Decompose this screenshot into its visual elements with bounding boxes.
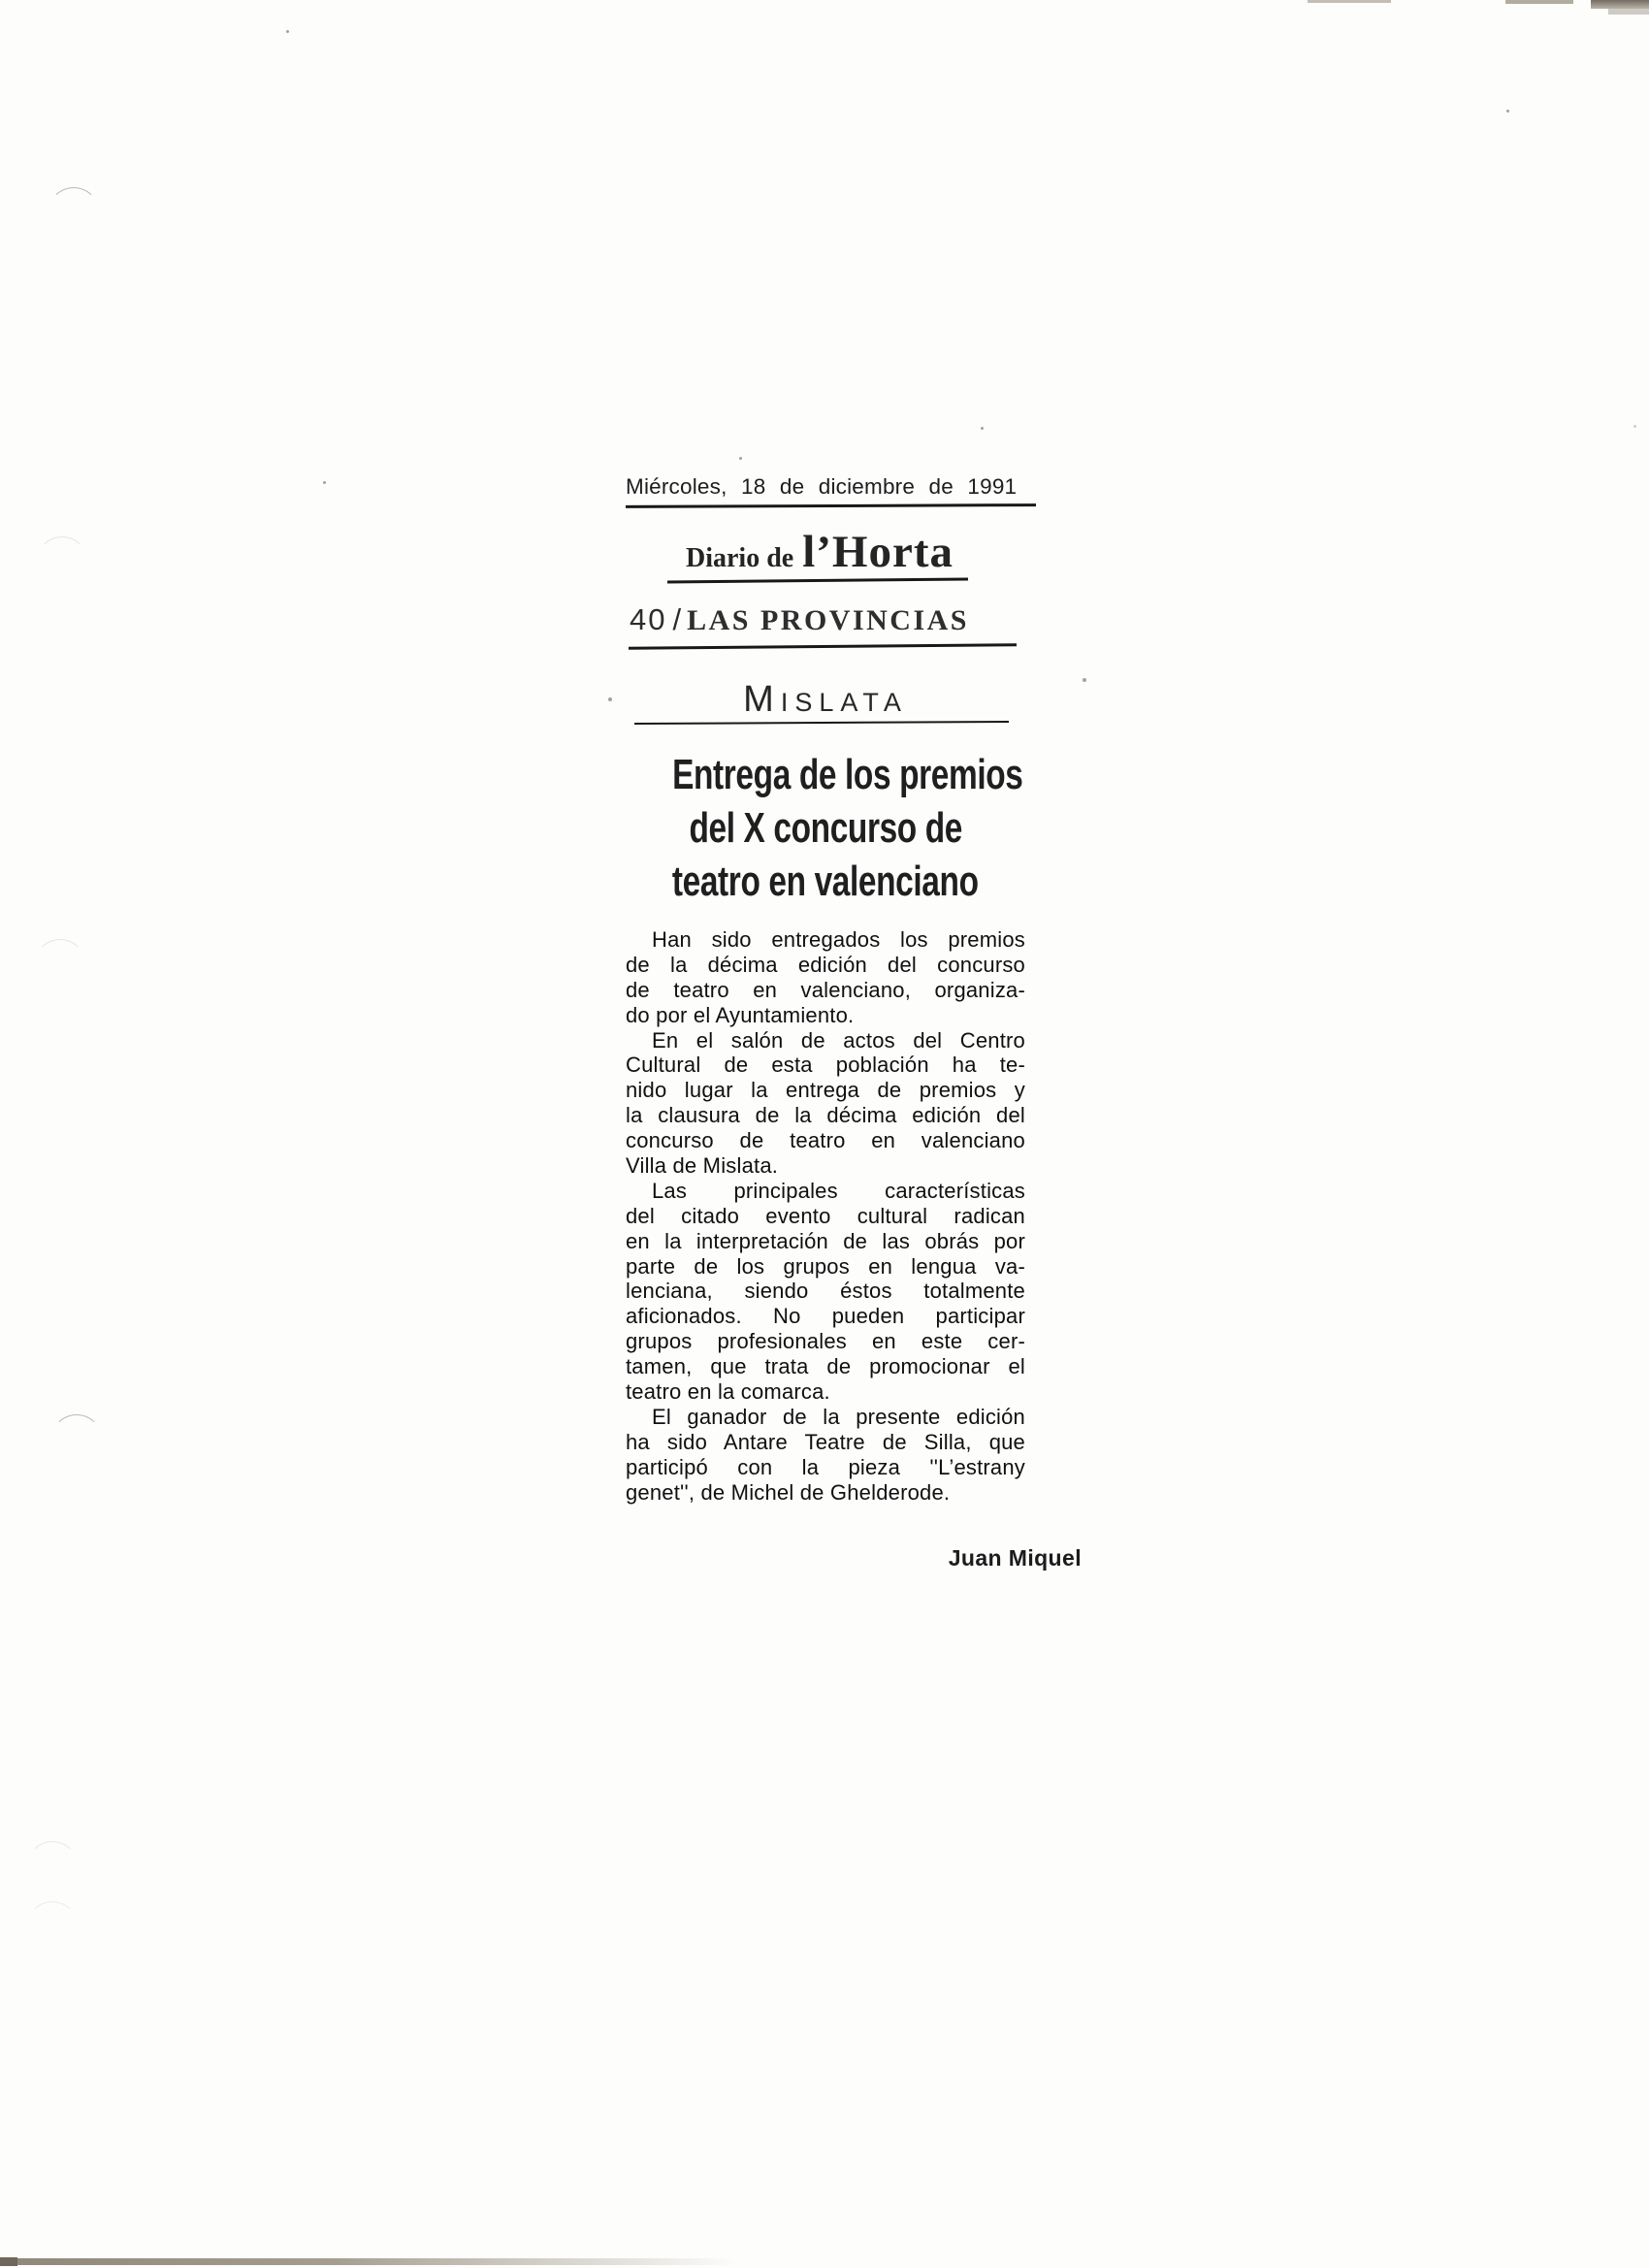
page-number-line: 40/LAS PROVINCIAS <box>630 601 1037 639</box>
scan-speck <box>1506 110 1509 113</box>
body-line: en la interpretación de las obrás por <box>626 1229 1025 1254</box>
body-line: participó con la pieza ''L’estrany <box>626 1455 1025 1480</box>
body-line: parte de los grupos en lengua va- <box>626 1254 1025 1280</box>
scan-speck <box>981 427 984 430</box>
binder-ring-artifact <box>27 1901 78 1950</box>
scan-edge-artifact-top <box>1505 0 1573 4</box>
body-line: ha sido Antare Teatre de Silla, que <box>626 1430 1025 1455</box>
body-line: tamen, que trata de promocionar el <box>626 1354 1025 1379</box>
body-line: aficionados. No pueden participar <box>626 1304 1025 1329</box>
newspaper-name: LAS PROVINCIAS <box>687 604 969 636</box>
scan-speck <box>1083 678 1086 682</box>
body-line: concurso de teatro en valenciano <box>626 1128 1025 1153</box>
scan-edge-artifact-bottom <box>0 2258 737 2265</box>
headline-line-3: teatro en valenciano <box>617 855 1034 908</box>
binder-ring-artifact <box>48 187 99 236</box>
article-headline: Entrega de los premios del X concurso de… <box>617 748 1034 908</box>
binder-ring-artifact <box>51 1414 102 1463</box>
body-line: grupos profesionales en este cer- <box>626 1329 1025 1354</box>
scan-edge-artifact-corner <box>1591 0 1649 9</box>
scan-speck <box>286 30 289 33</box>
body-line: Las principales características <box>626 1179 1025 1204</box>
page-number: 40 <box>630 602 666 636</box>
binder-ring-artifact <box>37 536 87 585</box>
headline-text: del X concurso de <box>689 801 962 855</box>
article-body: Han sido entregados los premios de la dé… <box>626 927 1025 1505</box>
body-line: lenciana, siendo éstos totalmente <box>626 1279 1025 1304</box>
scan-page: Miércoles, 18 de diciembre de 1991 Diari… <box>0 0 1649 2268</box>
binder-ring-artifact <box>27 1841 78 1890</box>
binder-ring-artifact <box>35 939 85 988</box>
body-line: El ganador de la presente edición <box>626 1405 1025 1430</box>
body-line: Cultural de esta población ha te- <box>626 1053 1025 1078</box>
body-line: En el salón de actos del Centro <box>626 1028 1025 1053</box>
body-line: la clausura de la décima edición del <box>626 1103 1025 1128</box>
headline-text: teatro en valenciano <box>672 855 979 908</box>
scan-edge-artifact-bottom <box>0 2257 17 2266</box>
body-line: nido lugar la entrega de premios y <box>626 1078 1025 1103</box>
slash-separator: / <box>672 602 681 636</box>
body-line: teatro en la comarca. <box>626 1379 1025 1405</box>
article-byline: Juan Miquel <box>626 1545 1082 1571</box>
body-line: Villa de Mislata. <box>626 1153 1025 1179</box>
pageline-rule <box>629 643 1017 649</box>
body-line: genet'', de Michel de Ghelderode. <box>626 1480 1025 1506</box>
body-line: Han sido entregados los premios <box>626 927 1025 953</box>
date-line: Miércoles, 18 de diciembre de 1991 <box>626 473 1043 501</box>
masthead: Diario del’Horta <box>626 527 1014 584</box>
section-header: MISLATA <box>626 679 1025 723</box>
scan-speck <box>739 457 742 460</box>
body-line: del citado evento cultural radican <box>626 1204 1025 1229</box>
masthead-prefix: Diario de <box>686 543 793 573</box>
headline-line-1: Entrega de los premios <box>617 748 1034 801</box>
headline-text: Entrega de los premios <box>672 748 1022 801</box>
scan-speck <box>1633 425 1636 428</box>
scan-speck <box>323 481 326 484</box>
date-rule <box>626 503 1036 507</box>
scan-edge-artifact-top <box>1308 0 1391 3</box>
scan-edge-artifact-corner <box>1608 9 1649 15</box>
body-line: de teatro en valenciano, organiza- <box>626 978 1025 1003</box>
body-line: de la décima edición del concurso <box>626 953 1025 978</box>
headline-line-2: del X concurso de <box>617 801 1034 855</box>
body-line: do por el Ayuntamiento. <box>626 1003 1025 1028</box>
masthead-title: l’Horta <box>802 527 954 577</box>
scan-speck <box>608 697 612 701</box>
